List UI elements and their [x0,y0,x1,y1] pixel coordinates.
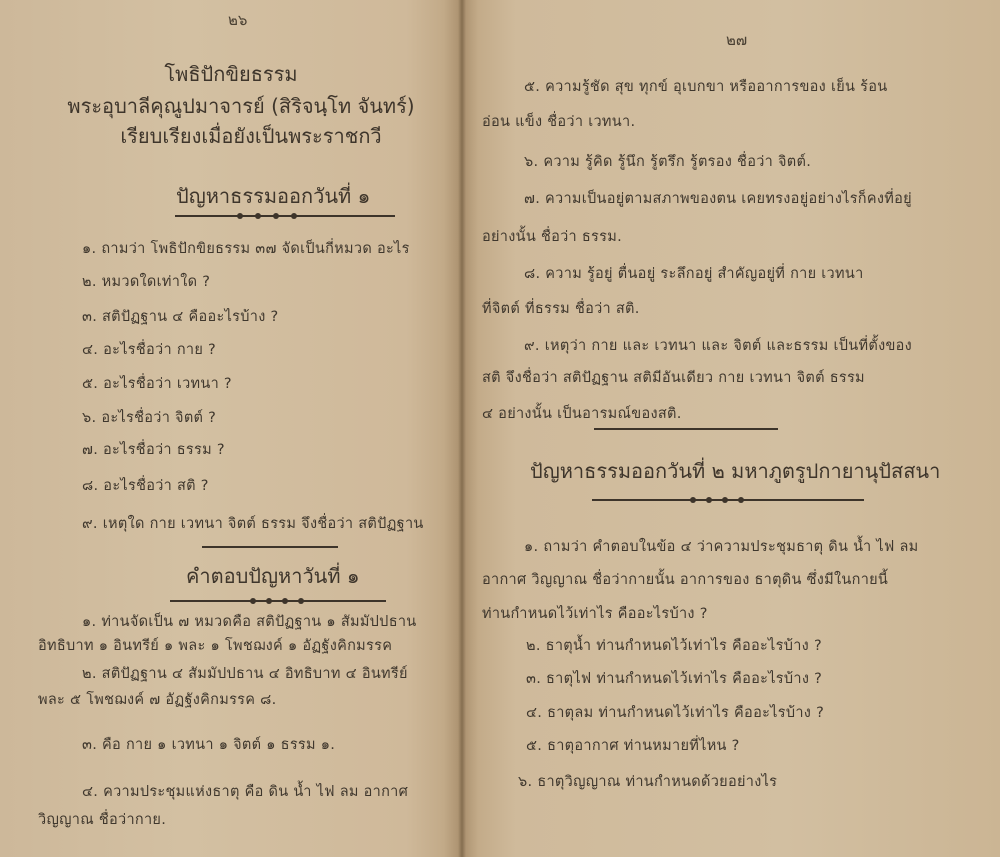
ornamental-divider [175,213,395,219]
question-7: ๗. อะไรชื่อว่า ธรรม ? [82,438,225,461]
question-9: ๙. เหตุใด กาย เวทนา จิตต์ ธรรม จึงชื่อว่… [82,512,462,535]
answer-1-cont: อิทธิบาท ๑ อินทรีย์ ๑ พละ ๑ โพชฌงค์ ๑ อั… [38,634,462,657]
page-number: ๒๖ [228,8,247,32]
question-5: ๕. อะไรชื่อว่า เวทนา ? [82,372,232,395]
ornamental-divider [170,598,386,604]
section-heading-day1-answers: คำตอบปัญหาวันที่ ๑ [186,560,360,592]
section-rule [202,546,338,548]
answer-7: ๗. ความเป็นอยู่ตามสภาพของตน เคยทรงอยู่อย… [524,187,912,210]
book-gutter [458,0,466,857]
question2-1-cont: อากาศ วิญญาณ ชื่อว่ากายนั้น อาการของ ธาต… [482,568,888,591]
subtitle-line: เรียบเรียงเมื่อยังเป็นพระราชกวี [0,120,462,152]
author-line: พระอุบาลีคุณูปมาจารย์ (สิริจนฺโท จันทร์) [0,90,462,122]
question2-1: ๑. ถามว่า คำตอบในข้อ ๔ ว่าความประชุมธาตุ… [524,535,919,558]
book-title: โพธิปักขิยธรรม [0,58,462,90]
question-6: ๖. อะไรชื่อว่า จิตต์ ? [82,406,216,429]
question2-2: ๒. ธาตุน้ำ ท่านกำหนดไว้เท่าไร คืออะไรบ้า… [526,634,822,657]
answer-3: ๓. คือ กาย ๑ เวทนา ๑ จิตต์ ๑ ธรรม ๑. [82,733,335,756]
section-heading-day2-questions: ปัญหาธรรมออกวันที่ ๒ มหาภูตรูปกายานุปัสส… [530,455,940,487]
section-rule [594,428,778,430]
question-2: ๒. หมวดใดเท่าใด ? [82,270,210,293]
question-3: ๓. สติปัฏฐาน ๔ คืออะไรบ้าง ? [82,305,279,328]
question-8: ๘. อะไรชื่อว่า สติ ? [82,474,209,497]
question2-5: ๕. ธาตุอากาศ ท่านหมายที่ไหน ? [526,734,740,757]
answer-6: ๖. ความ รู้คิด รู้นึก รู้ตรึก รู้ตรอง ชื… [524,150,811,173]
answer-7-cont: อย่างนั้น ชื่อว่า ธรรม. [482,225,622,248]
question-4: ๔. อะไรชื่อว่า กาย ? [82,338,216,361]
answer-9-cont2: ๔ อย่างนั้น เป็นอารมณ์ของสติ. [482,402,682,425]
answer-4-cont: วิญญาณ ชื่อว่ากาย. [38,808,166,831]
answer-8: ๘. ความ รู้อยู่ ตื่นอยู่ ระลึกอยู่ สำคัญ… [524,262,864,285]
question2-3: ๓. ธาตุไฟ ท่านกำหนดไว้เท่าไร คืออะไรบ้าง… [526,667,822,690]
page-number: ๒๗ [726,28,747,52]
answer-2: ๒. สติปัฏฐาน ๔ สัมมัปปธาน ๔ อิทธิบาท ๔ อ… [82,662,462,685]
left-page: ๒๖ โพธิปักขิยธรรม พระอุบาลีคุณูปมาจารย์ … [0,0,462,857]
answer-5-cont: อ่อน แข็ง ชื่อว่า เวทนา. [482,110,635,133]
answer-9-cont: สติ จึงชื่อว่า สติปัฏฐาน สติมีอันเดียว ก… [482,366,865,389]
answer-5: ๕. ความรู้ชัด สุข ทุกข์ อุเบกขา หรืออากา… [524,75,887,98]
answer-2-cont: พละ ๕ โพชฌงค์ ๗ อัฏฐังคิกมรรค ๘. [38,688,277,711]
section-heading-day1-questions: ปัญหาธรรมออกวันที่ ๑ [176,180,370,212]
answer-4: ๔. ความประชุมแห่งธาตุ คือ ดิน น้ำ ไฟ ลม … [82,780,462,803]
ornamental-divider [592,497,864,503]
question2-4: ๔. ธาตุลม ท่านกำหนดไว้เท่าไร คืออะไรบ้าง… [526,701,824,724]
right-page: ๒๗ ๕. ความรู้ชัด สุข ทุกข์ อุเบกขา หรืออ… [462,0,1000,857]
question-1: ๑. ถามว่า โพธิปักขิยธรรม ๓๗ จัดเป็นกี่หม… [82,237,462,260]
question2-1-cont2: ท่านกำหนดไว้เท่าไร คืออะไรบ้าง ? [482,602,708,625]
question2-6: ๖. ธาตุวิญญาณ ท่านกำหนดด้วยอย่างไร [518,770,777,793]
answer-9: ๙. เหตุว่า กาย และ เวทนา และ จิตต์ และธร… [524,334,912,357]
answer-1: ๑. ท่านจัดเป็น ๗ หมวดคือ สติปัฏฐาน ๑ สัม… [82,610,462,633]
answer-8-cont: ที่จิตต์ ที่ธรรม ชื่อว่า สติ. [482,297,640,320]
